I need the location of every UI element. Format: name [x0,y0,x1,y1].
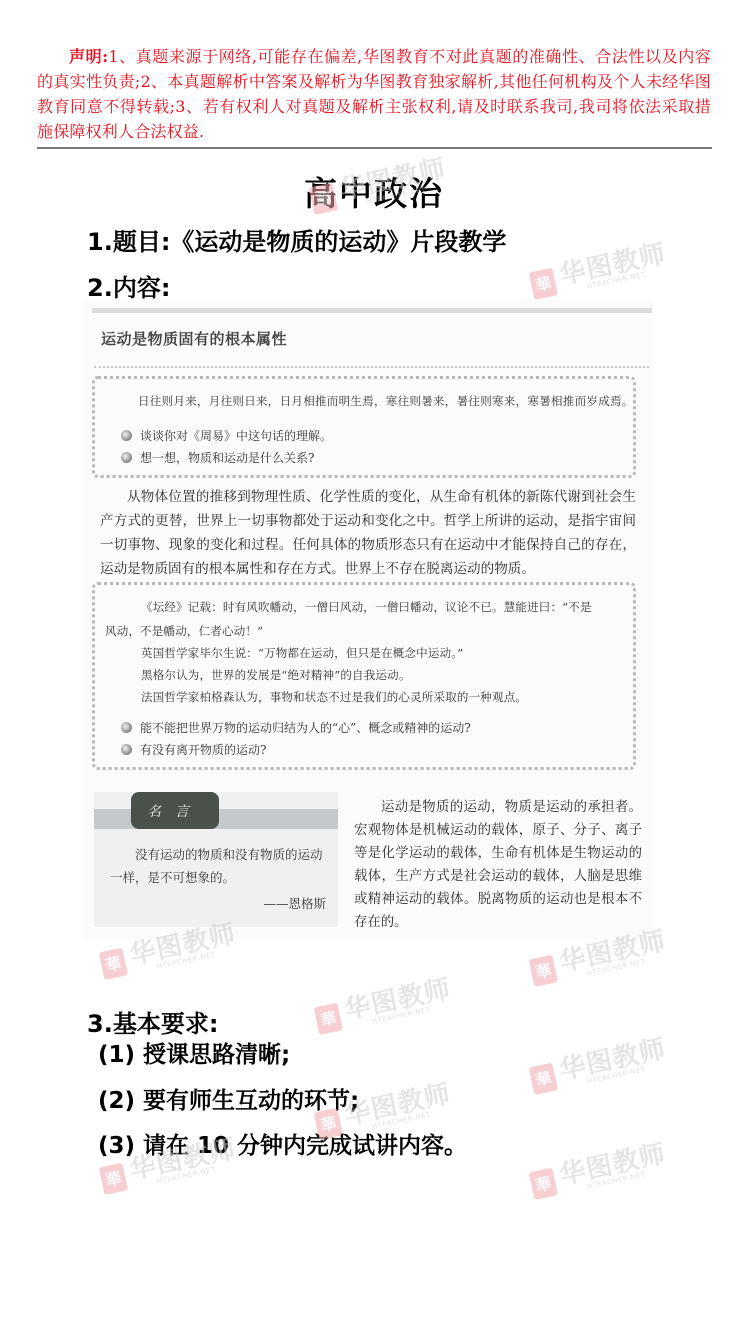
watermark-text: 华图教师 [342,976,453,1024]
requirement-item: (1) 授课思路清晰; [98,1036,290,1069]
watermark: 華 华图教师HTEACHER.NET [313,976,455,1037]
watermark-logo-icon: 華 [99,947,128,979]
topic-heading: 1.题目:《运动是物质的运动》片段教学 [87,222,506,257]
dotted-divider [94,366,649,368]
question-text: 有没有离开物质的运动? [140,741,266,758]
quote-box-zhouyi: 日往则月来，月往则日来，日月相推而明生焉，寒往则暑来，暑往则寒来，寒暑相推而岁成… [92,376,636,478]
separator-line [37,147,712,149]
disclaimer-lead: 声明: [69,47,108,66]
textbook-excerpt: 运动是物质固有的根本属性 日往则月来，月往则日来，日月相推而明生焉，寒往则暑来，… [84,300,652,940]
watermark-text: 华图教师 [557,1141,668,1189]
motto-box: 名言 没有运动的物质和没有物质的运动一样，是不可想象的。 ——恩格斯 [94,792,338,927]
main-paragraph-text: 从物体位置的推移到物理性质、化学性质的变化，从生命有机体的新陈代谢到社会生产方式… [100,485,636,581]
watermark-logo-icon: 華 [529,1062,558,1094]
requirements-heading: 3.基本要求: [87,1004,218,1039]
bullet-icon [121,744,132,755]
watermark-subtext: HTEACHER.NET [371,1001,455,1025]
textbook-heading: 运动是物质固有的根本属性 [101,328,287,349]
watermark: 華 华图教师HTEACHER.NET [528,241,670,302]
content-heading: 2.内容: [87,268,170,303]
watermark-subtext: HTEACHER.NET [586,1061,670,1085]
watermark-logo-icon: 華 [529,1167,558,1199]
watermark-logo-icon: 華 [529,267,558,299]
bullet-icon [121,452,132,463]
side-paragraph-text: 运动是物质的运动，物质是运动的承担者。宏观物体是机械运动的载体，原子、分子、离子… [354,796,642,934]
watermark-logo-icon: 華 [314,1002,343,1034]
watermark-text: 华图教师 [557,1036,668,1084]
tanjing-quote-line2: 风动，不是幡动，仁者心动！” [105,623,263,639]
textbook-top-bar [92,308,652,313]
motto-quote: 没有运动的物质和没有物质的运动一样，是不可想象的。 [110,843,332,889]
question-text: 能不能把世界万物的运动归结为人的“心”、概念或精神的运动? [140,719,471,736]
watermark: 華 华图教师HTEACHER.NET [528,1036,670,1097]
zhouyi-quote: 日往则月来，月往则日来，日月相推而明生焉，寒往则暑来，暑往则寒来，寒暑相推而岁成… [138,393,634,409]
requirement-item: (3) 请在 10 分钟内完成试讲内容。 [98,1127,467,1160]
watermark-subtext: HTEACHER.NET [586,266,670,290]
discussion-question: 谈谈你对《周易》中这句话的理解。 [121,427,332,444]
watermark-subtext: HTEACHER.NET [586,953,670,977]
motto-author: ——恩格斯 [263,894,326,912]
watermark-subtext: HTEACHER.NET [156,1161,240,1185]
discussion-question: 想一想，物质和运动是什么关系? [121,449,314,466]
bullet-icon [121,722,132,733]
watermark: 華 华图教师HTEACHER.NET [528,1141,670,1202]
discussion-question: 有没有离开物质的运动? [121,741,266,758]
disclaimer-text: 1、真题来源于网络,可能存在偏差,华图教育不对此真题的准确性、合法性以及内容的真… [37,47,711,141]
bullet-icon [121,430,132,441]
tanjing-quote-line1: 《坛经》记载：时有风吹幡动，一僧曰风动，一僧曰幡动，议论不已。慧能进曰：“不是 [141,599,592,615]
watermark-text: 华图教师 [557,241,668,289]
requirement-item: (2) 要有师生互动的环节; [98,1082,359,1115]
side-paragraph: 运动是物质的运动，物质是运动的承担者。宏观物体是机械运动的载体，原子、分子、离子… [354,796,642,934]
discussion-question: 能不能把世界万物的运动归结为人的“心”、概念或精神的运动? [121,719,471,736]
quote-box-philosophers: 《坛经》记载：时有风吹幡动，一僧曰风动，一僧曰幡动，议论不已。慧能进曰：“不是 … [92,582,636,770]
question-text: 谈谈你对《周易》中这句话的理解。 [140,427,332,444]
watermark-subtext: HTEACHER.NET [586,1166,670,1190]
motto-tab: 名言 [131,792,219,829]
hegel-quote: 黑格尔认为，世界的发展是“绝对精神”的自我运动。 [141,667,411,683]
question-text: 想一想，物质和运动是什么关系? [140,449,314,466]
main-paragraph: 从物体位置的推移到物理性质、化学性质的变化，从生命有机体的新陈代谢到社会生产方式… [100,485,636,581]
watermark-logo-icon: 華 [529,954,558,986]
watermark-logo-icon: 華 [99,1162,128,1194]
bergson-quote: 法国哲学家柏格森认为，事物和状态不过是我们的心灵所采取的一种观点。 [141,689,527,705]
page-title: 高中政治 [0,168,748,215]
disclaimer: 声明:1、真题来源于网络,可能存在偏差,华图教育不对此真题的准确性、合法性以及内… [37,44,711,144]
watermark-subtext: HTEACHER.NET [156,946,240,970]
pearson-quote: 英国哲学家毕尔生说：“万物都在运动，但只是在概念中运动。” [141,645,463,661]
motto-quote-text: 没有运动的物质和没有物质的运动一样，是不可想象的。 [110,843,332,889]
